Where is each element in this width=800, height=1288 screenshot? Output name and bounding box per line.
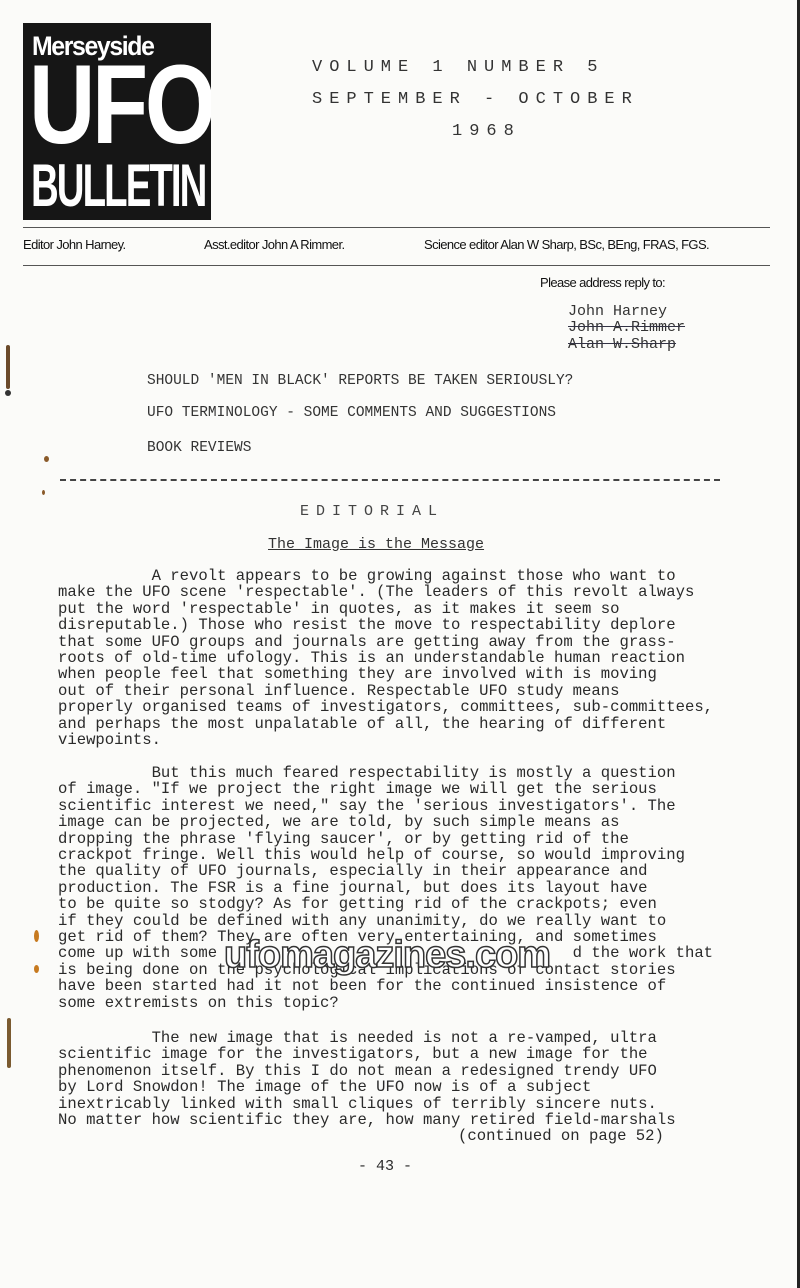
text-line: A revolt appears to be growing against t…: [58, 568, 713, 584]
contents-item: UFO TERMINOLOGY - SOME COMMENTS AND SUGG…: [147, 405, 556, 421]
editorial-title: The Image is the Message: [268, 536, 484, 553]
stain: [6, 345, 10, 389]
text-line: viewpoints.: [58, 732, 713, 748]
text-line: scientific image for the investigators, …: [58, 1046, 676, 1062]
stain: [7, 1018, 11, 1068]
text-line: roots of old-time ufology. This is an un…: [58, 650, 713, 666]
stain: [44, 456, 49, 462]
text-line: by Lord Snowdon! The image of the UFO no…: [58, 1079, 676, 1095]
reply-label: Please address reply to:: [540, 275, 665, 290]
text-line: inextricably linked with small cliques o…: [58, 1096, 676, 1112]
contents-item: BOOK REVIEWS: [147, 440, 251, 456]
editor: Editor John Harney.: [23, 237, 126, 252]
science-editor: Science editor Alan W Sharp, BSc, BEng, …: [424, 237, 709, 252]
text-line: out of their personal influence. Respect…: [58, 683, 713, 699]
logo-line-2: UFO: [29, 49, 211, 161]
text-line: make the UFO scene 'respectable'. (The l…: [58, 584, 713, 600]
editorial-paragraph-1: A revolt appears to be growing against t…: [58, 568, 713, 748]
text-line: if they could be defined with any unanim…: [58, 913, 713, 929]
page-number: - 43 -: [358, 1158, 412, 1175]
reply-name: John Harney: [568, 303, 667, 320]
rule-top: [23, 227, 770, 228]
editorial-heading: EDITORIAL: [300, 503, 444, 520]
text-line: put the word 'respectable' in quotes, as…: [58, 601, 713, 617]
reply-struck-name: Alan W.Sharp: [568, 336, 676, 353]
text-line: to be quite so stodgy? As for getting ri…: [58, 896, 713, 912]
editorial-paragraph-3: The new image that is needed is not a re…: [58, 1030, 676, 1128]
bulletin-logo: Merseyside UFO BULLETIN: [23, 23, 211, 220]
text-line: properly organised teams of investigator…: [58, 699, 713, 715]
reply-struck-name: John A.Rimmer: [568, 319, 685, 336]
stain: [34, 965, 39, 973]
volume-number: VOLUME 1 NUMBER 5: [312, 58, 604, 77]
text-line: and perhaps the most unpalatable of all,…: [58, 716, 713, 732]
text-line: scientific interest we need," say the 's…: [58, 798, 713, 814]
text-line: But this much feared respectability is m…: [58, 765, 713, 781]
stain: [42, 490, 45, 495]
text-line: dropping the phrase 'flying saucer', or …: [58, 831, 713, 847]
text-line: some extremists on this topic?: [58, 995, 713, 1011]
text-line: image can be projected, we are told, by …: [58, 814, 713, 830]
stain: [5, 390, 11, 396]
text-line: The new image that is needed is not a re…: [58, 1030, 676, 1046]
text-line: of image. "If we project the right image…: [58, 781, 713, 797]
text-line: disreputable.) Those who resist the move…: [58, 617, 713, 633]
dashed-divider: [60, 479, 720, 481]
text-line: that some UFO groups and journals are ge…: [58, 634, 713, 650]
text-line: when people feel that something they are…: [58, 666, 713, 682]
text-line: phenomenon itself. By this I do not mean…: [58, 1063, 676, 1079]
rule-bottom: [23, 265, 770, 266]
asst-editor: Asst.editor John A Rimmer.: [204, 237, 344, 252]
text-line: production. The FSR is a fine journal, b…: [58, 880, 713, 896]
logo-line-3: BULLETIN: [31, 156, 205, 216]
text-line: crackpot fringe. Well this would help of…: [58, 847, 713, 863]
watermark: ufomagazines.com: [224, 934, 550, 977]
continued-note: (continued on page 52): [458, 1127, 664, 1145]
issue-months: SEPTEMBER - OCTOBER: [312, 90, 639, 109]
text-line: the quality of UFO journals, especially …: [58, 863, 713, 879]
issue-year: 1968: [452, 122, 521, 141]
stain: [34, 930, 39, 942]
contents-item: SHOULD 'MEN IN BLACK' REPORTS BE TAKEN S…: [147, 373, 573, 389]
text-line: No matter how scientific they are, how m…: [58, 1112, 676, 1128]
text-line: have been started had it not been for th…: [58, 978, 713, 994]
